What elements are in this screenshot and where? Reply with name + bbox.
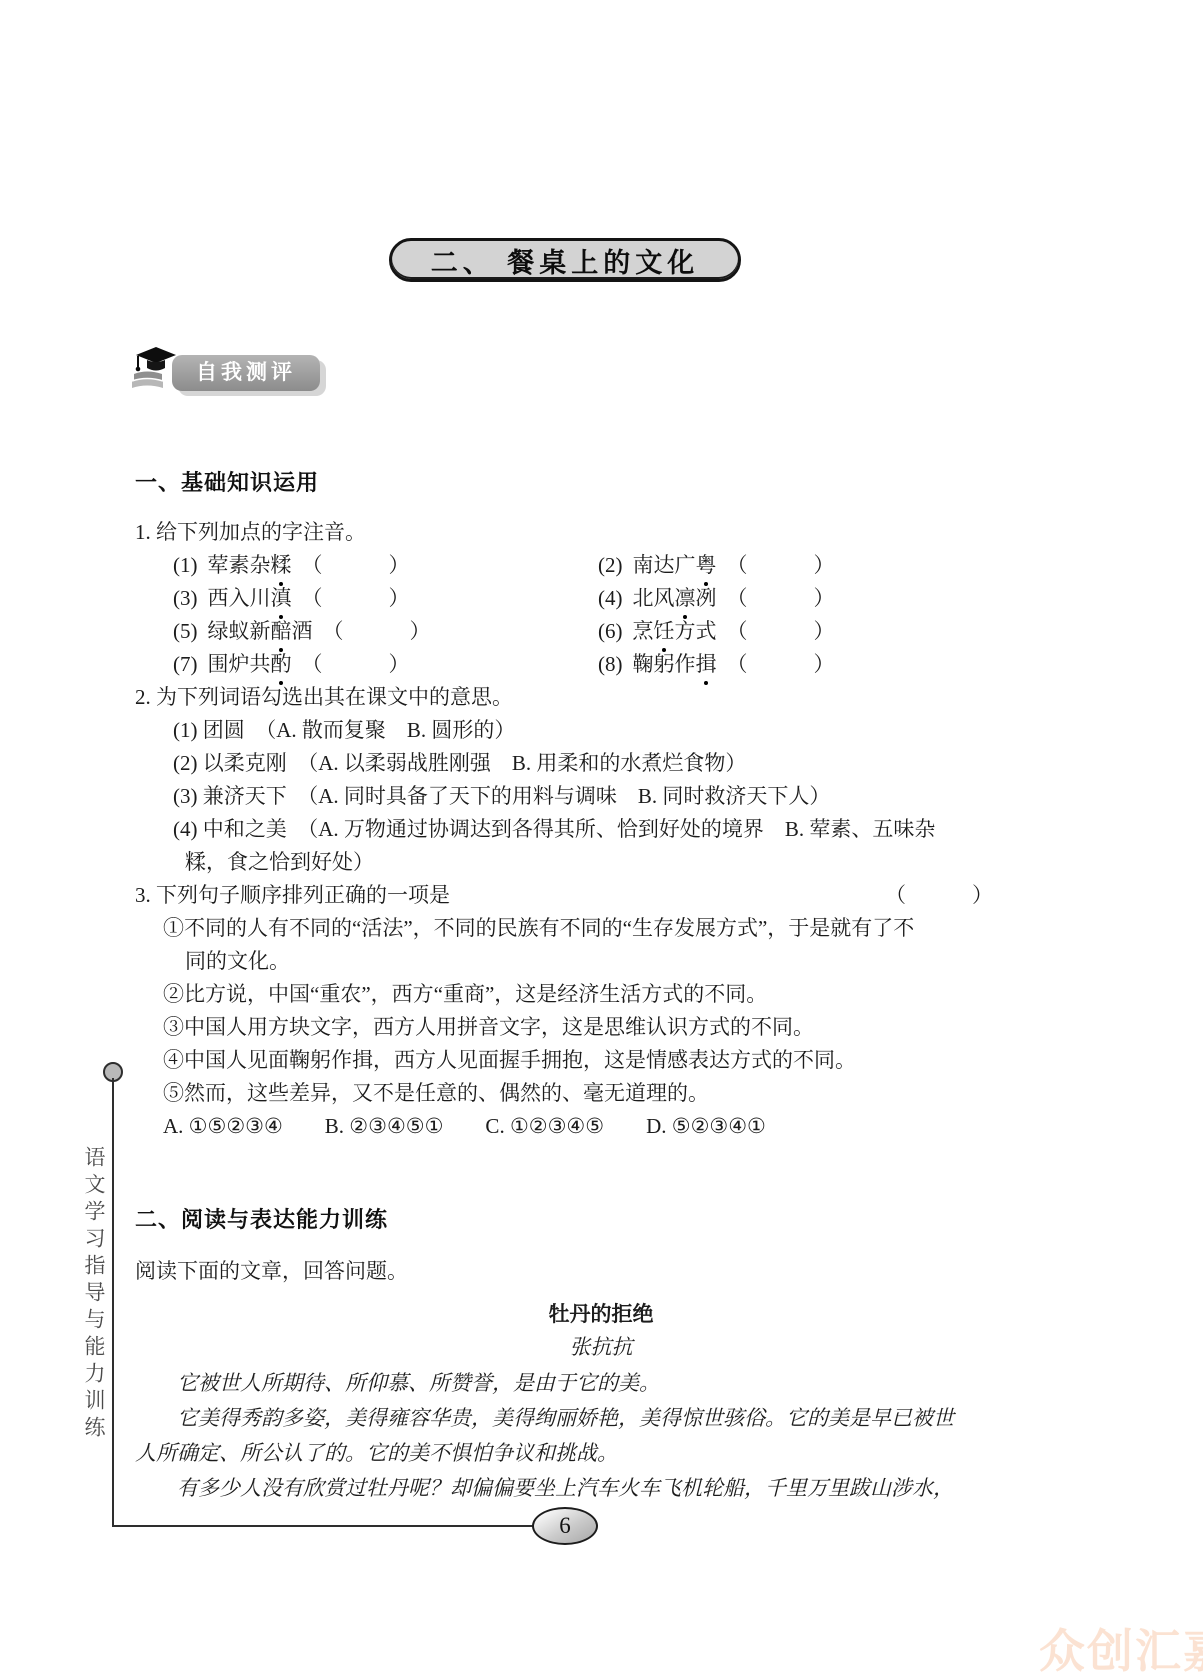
article-line: 它被世人所期待、所仰慕、所赞誉，是由于它的美。 (135, 1366, 1067, 1401)
main-content: 一、基础知识运用 1. 给下列加点的字注音。 (1)荤素杂糅（ ） (2)南达广… (135, 468, 1067, 1506)
question2-item: (2) 以柔克刚 （A. 以柔弱战胜刚强 B. 用柔和的水煮烂食物） (135, 747, 1067, 780)
answer-blank: （ ） (302, 553, 418, 577)
article-line: 它美得秀韵多姿，美得雍容华贵，美得绚丽娇艳，美得惊世骇俗。它的美是早已被世 (135, 1401, 1067, 1436)
pinyin-items-grid: (1)荤素杂糅（ ） (2)南达广粤（ ） (3)西入川滇（ ） (4)北风凛冽… (135, 549, 1067, 681)
answer-blank: （ ） (727, 586, 843, 610)
margin-rule-vertical (112, 1078, 114, 1527)
question3-sentence: ②比方说，中国“重农”，西方“重商”，这是经济生活方式的不同。 (135, 978, 1067, 1011)
answer-blank: （ ） (323, 619, 439, 643)
pinyin-item: (5)绿蚁新醅酒（ ） (173, 615, 598, 648)
question2-item: (4) 中和之美 （A. 万物通过协调达到各得其所、恰到好处的境界 B. 荤素、… (135, 813, 1067, 846)
answer-blank: （ ） (885, 879, 1001, 912)
pinyin-item: (7)围炉共酌（ ） (173, 648, 598, 681)
article-author: 张抗抗 (135, 1331, 1067, 1364)
book-title-vertical: 语文学习指导与能力训练 (78, 1146, 108, 1443)
pinyin-item: (8)鞠躬作揖（ ） (598, 648, 1067, 681)
question3-sentence-continuation: 同的文化。 (135, 945, 1067, 978)
page-number: 6 (559, 1513, 571, 1539)
question2-item-continuation: 糅，食之恰到好处） (135, 846, 1067, 879)
section2-heading: 二、阅读与表达能力训练 (135, 1205, 1067, 1235)
answer-blank: （ ） (727, 619, 843, 643)
article-body: 它被世人所期待、所仰慕、所赞誉，是由于它的美。 它美得秀韵多姿，美得雍容华贵，美… (135, 1366, 1067, 1506)
self-test-badge-label: 自我测评 (196, 361, 296, 384)
reading-instruction: 阅读下面的文章，回答问题。 (135, 1255, 1067, 1288)
question3-options: A. ①⑤②③④ B. ②③④⑤① C. ①②③④⑤ D. ⑤②③④① (135, 1110, 1067, 1143)
question3-sentence: ④中国人见面鞠躬作揖，西方人见面握手拥抱，这是情感表达方式的不同。 (135, 1044, 1067, 1077)
question2-item: (3) 兼济天下 （A. 同时具备了天下的用料与调味 B. 同时救济天下人） (135, 780, 1067, 813)
question3-label: 3. 下列句子顺序排列正确的一项是 (135, 879, 450, 912)
watermark: 众创汇嘉 (1039, 1615, 1203, 1675)
article-line: 人所确定、所公认了的。它的美不惧怕争议和挑战。 (135, 1436, 1067, 1471)
article-title: 牡丹的拒绝 (135, 1298, 1067, 1331)
section1-heading: 一、基础知识运用 (135, 468, 1067, 498)
question3-sentence: ⑤然而，这些差异，又不是任意的、偶然的、毫无道理的。 (135, 1077, 1067, 1110)
article-line: 有多少人没有欣赏过牡丹呢？却偏偏要坐上汽车火车飞机轮船，千里万里跋山涉水， (135, 1471, 1067, 1506)
pinyin-item: (1)荤素杂糅（ ） (173, 549, 598, 582)
question3-label-row: 3. 下列句子顺序排列正确的一项是 （ ） (135, 879, 1067, 912)
page-number-badge: 6 (532, 1507, 598, 1545)
chapter-title-text: 二、 餐桌上的文化 (431, 241, 700, 280)
question1-label: 1. 给下列加点的字注音。 (135, 516, 1067, 549)
answer-blank: （ ） (727, 652, 843, 676)
question2-label: 2. 为下列词语勾选出其在课文中的意思。 (135, 681, 1067, 714)
answer-blank: （ ） (302, 586, 418, 610)
pinyin-item: (4)北风凛冽（ ） (598, 582, 1067, 615)
question2-item: (1) 团圆 （A. 散而复聚 B. 圆形的） (135, 714, 1067, 747)
pinyin-item: (3)西入川滇（ ） (173, 582, 598, 615)
chapter-title: 二、 餐桌上的文化 (389, 238, 741, 282)
question3-sentence: ①不同的人有不同的“活法”，不同的民族有不同的“生存发展方式”，于是就有了不 (135, 912, 1067, 945)
answer-blank: （ ） (302, 652, 418, 676)
pinyin-item: (2)南达广粤（ ） (598, 549, 1067, 582)
question3-sentence: ③中国人用方块文字，西方人用拼音文字，这是思维认识方式的不同。 (135, 1011, 1067, 1044)
pinyin-item: (6)烹饪方式（ ） (598, 615, 1067, 648)
footer-rule (112, 1525, 536, 1527)
answer-blank: （ ） (727, 553, 843, 577)
self-test-badge: 自我测评 (172, 355, 320, 391)
